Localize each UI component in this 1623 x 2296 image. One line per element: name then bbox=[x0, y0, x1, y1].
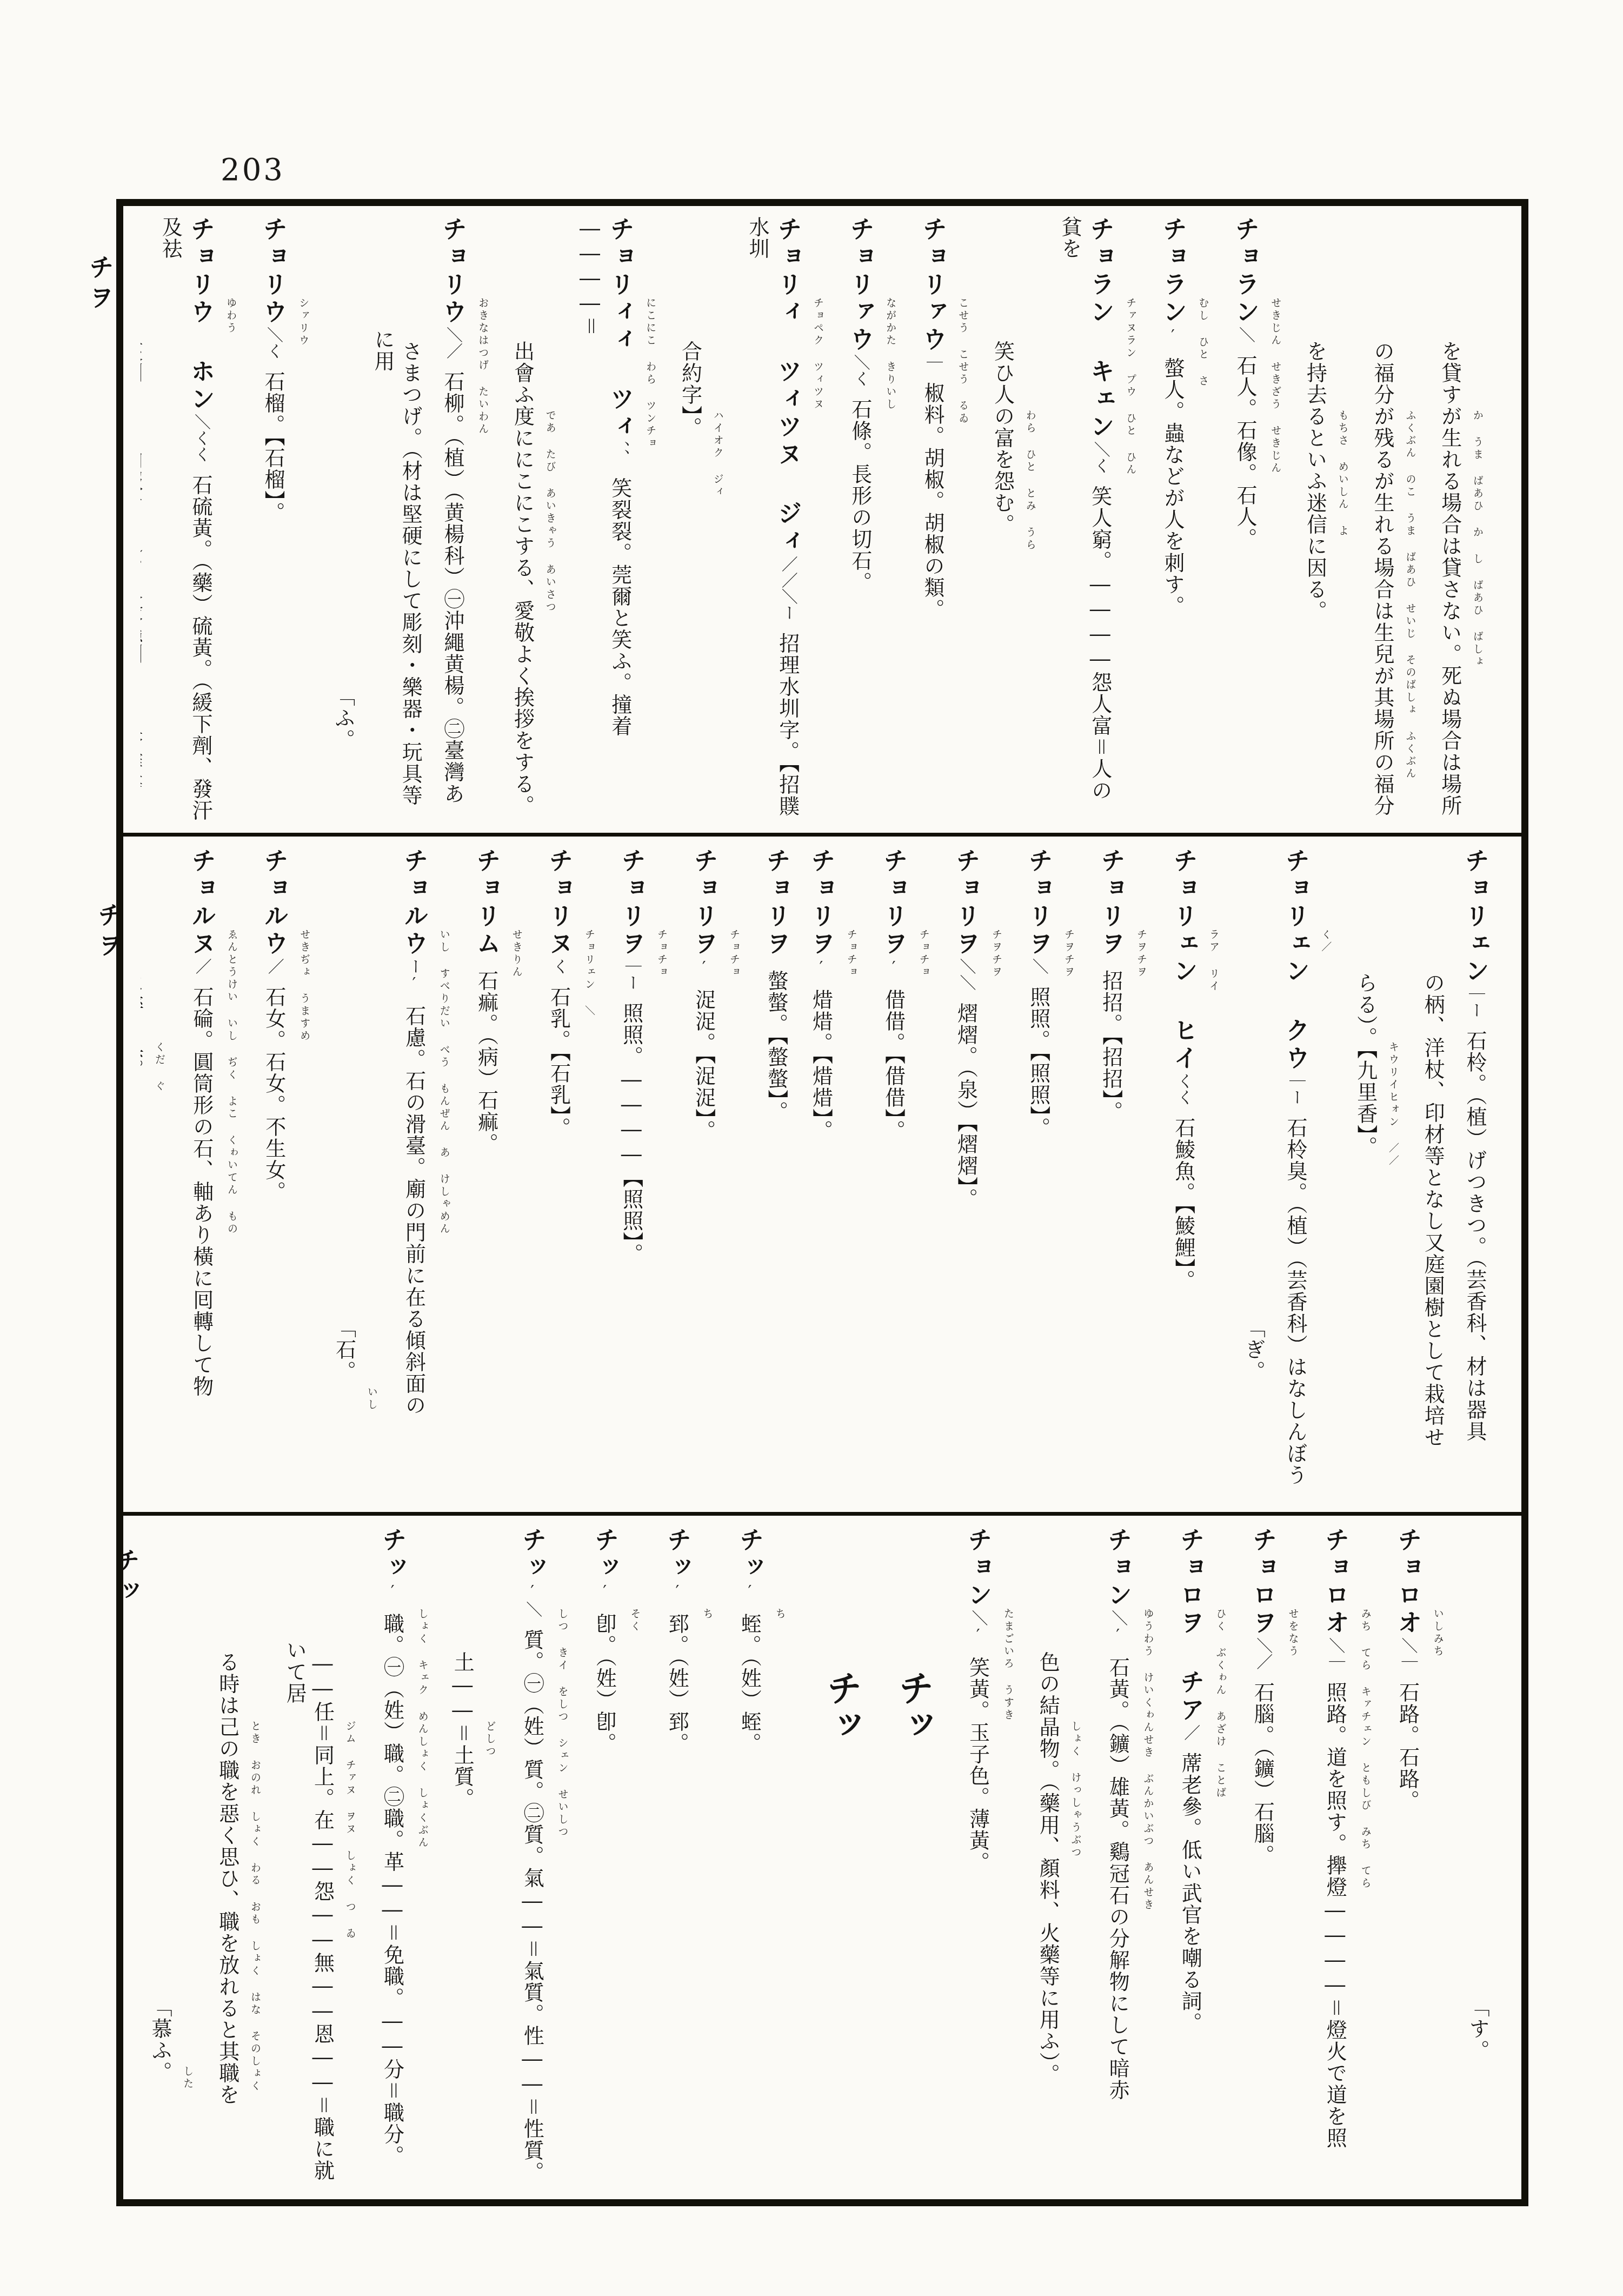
continuation-column: ふくぶん のこ うま ばあひ せいじ そのばしょ ふくぶんの福分が残るが生れる場… bbox=[1368, 216, 1424, 822]
definition-text: 職。㊀（姓）職。㊁職。革――＝免職。――分＝職分。 bbox=[381, 1601, 404, 2167]
furigana: であ たび あいきゃう あいさつ bbox=[544, 329, 556, 614]
definition-text: 石柃臭。（植）（芸香科）はなしんぼう bbox=[1283, 1105, 1307, 1486]
furigana: にこにこ わら ツンチョ bbox=[644, 216, 656, 450]
furigana: チァヌラン プウ ひと ひん bbox=[1125, 216, 1136, 476]
headword: チョリェン bbox=[1461, 848, 1489, 986]
furigana: しょく キェク めんしょく しょくぶん bbox=[417, 1527, 429, 1849]
furigana: せきじん せきざう せきじん bbox=[1269, 216, 1281, 475]
definition-text: 石柳。（植）（黄楊科）㊀沖繩黄楊。㊁臺灣あ bbox=[441, 359, 464, 805]
continuation-column: ハイオク ジィ合約字】。 bbox=[676, 216, 731, 822]
tone-marks: ＼′ bbox=[969, 1610, 988, 1645]
entry-column: せをなうチョロヲ＼／石腦。（鑛）石腦。 bbox=[1246, 1527, 1307, 2192]
entry-column: いしみちチョロオ＼｜石路。石路。 bbox=[1391, 1527, 1452, 2192]
definition-text: 石痲。（病）石痲。 bbox=[475, 958, 498, 1154]
entry-column: せきじん せきざう せきじんチョラン＼石人。石像。石人。 bbox=[1228, 216, 1289, 822]
tone-marks: くく bbox=[1174, 1073, 1193, 1105]
tone-marks: ー′ bbox=[405, 958, 424, 993]
headword: チョリヲ bbox=[880, 848, 908, 958]
definition-text: 「ふ。 bbox=[331, 674, 355, 751]
tone-marks: ′ bbox=[383, 1582, 402, 1601]
definition-text: 焟焟。【焟焟】。 bbox=[809, 977, 833, 1142]
headword: チョラン bbox=[1159, 216, 1187, 327]
tone-marks: ／ bbox=[192, 958, 211, 974]
tail-column: 「す。 bbox=[1464, 1527, 1491, 2192]
furigana: チョチョ bbox=[918, 848, 930, 979]
entry-column: チョリェン｜ー石柃。（植）げつきつ。（芸香科、材は器具 bbox=[1458, 848, 1491, 1497]
headword: チョリム bbox=[473, 848, 501, 958]
definition-text: らる）。【九里香】。 bbox=[1354, 960, 1378, 1158]
continuation-column: の柄、洋杖、印材等となし又庭園樹として栽培せ bbox=[1419, 848, 1446, 1497]
furigana: おきなはつげ たいわん bbox=[477, 216, 489, 436]
section-heading-text: チッ bbox=[821, 1658, 862, 1743]
definition-text: 照照。【照照】。 bbox=[1027, 974, 1050, 1139]
dictionary-page: { "page": { "number": "203" }, "margin_l… bbox=[0, 0, 1623, 2296]
tone-marks: く bbox=[550, 958, 569, 974]
definition-text: 「石。 bbox=[332, 1305, 356, 1382]
entry-column: シァリウチョリウ＼く石榴。【石榴】。 bbox=[256, 216, 317, 822]
headword: チョルウ bbox=[260, 848, 289, 958]
entry-column: ゆうわう けいくゎんせき ぶんかいぶつ あんせきチョン＼′石黃。（鑛）雄黃。鷄冠… bbox=[1101, 1527, 1161, 2192]
definition-text: 「す。 bbox=[1466, 1985, 1489, 2061]
definition-text: 照路。道を照す。攑燈――――＝燈火で道を照 bbox=[1323, 1670, 1347, 2149]
section-heading-text: チッ bbox=[893, 1658, 934, 1743]
definition-text: 石碖。圓筒形の石、軸あり橫に囘轉して物 bbox=[190, 974, 214, 1397]
headword: チョリェン ヒイ bbox=[1169, 848, 1198, 1073]
band-separator bbox=[123, 833, 1521, 837]
entry-column: チョチョチョリヲ′浞浞。【浞浞】。 bbox=[687, 848, 748, 1497]
furigana: シァリウ bbox=[297, 216, 309, 347]
furigana: しょく けっしゃうぶつ bbox=[1069, 1640, 1081, 1859]
continuation-column: とき おのれ しょく わる おも しょく はな そのしょくる時は己の職を惡く思ひ… bbox=[213, 1527, 269, 2192]
band-2: チョリェン｜ー石柃。（植）げつきつ。（芸香科、材は器具の柄、洋杖、印材等となし又… bbox=[141, 848, 1503, 1497]
tail-column: いし「石。 bbox=[330, 848, 385, 1497]
definition-text: 石榴。【石榴】。 bbox=[261, 359, 285, 523]
continuation-column: どしつ土――＝土質。 bbox=[448, 1527, 504, 2192]
tail-column: 「ぎ。 bbox=[1239, 848, 1267, 1497]
tone-marks: ＼＼ bbox=[957, 958, 976, 991]
tone-marks: ′ bbox=[884, 958, 903, 977]
continuation-column: しょく けっしゃうぶつ色の結晶物。（藥用、顏料、火藥等に用ふ）。 bbox=[1034, 1527, 1089, 2192]
definition-text: 石鯪魚。【鯪鯉】。 bbox=[1172, 1105, 1195, 1291]
headword: チョリウ bbox=[259, 216, 288, 327]
entry-column: こせう こせう るゐチョリァウ｜椒料。胡椒。胡椒の類。 bbox=[916, 216, 976, 822]
headword: チョリェン クウ bbox=[1281, 848, 1310, 1073]
section-heading: チッ bbox=[889, 1527, 937, 2192]
definition-text: 出會ふ度ににこにこする、愛敬よく挨拶をする。 bbox=[511, 329, 535, 817]
definition-text: 石腦。（鑛）石腦。 bbox=[1250, 1670, 1274, 1866]
definition-text: 熠熠。（泉）【熠熠】。 bbox=[954, 991, 978, 1210]
definition-text: さまつげ。（材は堅硬にして彫刻・樂器・玩具等に用 bbox=[371, 329, 422, 806]
furigana: せきりん bbox=[511, 848, 523, 979]
headword: チョロヲ チア bbox=[1176, 1527, 1205, 1724]
entry-column: チョチョチョリヲ′借借。【借借】。 bbox=[877, 848, 937, 1497]
furigana: くだ ぐ bbox=[154, 960, 165, 1093]
continuation-column: くだ ぐに碎く具。 bbox=[141, 848, 173, 1497]
definition-text: 借借。【借借】。 bbox=[882, 977, 906, 1142]
definition-text: 色の結晶物。（藥用、顏料、火藥等に用ふ）。 bbox=[1036, 1640, 1060, 2085]
definition-text: 螫螫。【螫螫】。 bbox=[764, 958, 788, 1123]
definition-text: ――任＝同上。在――怨――無――恩――＝職に就いて居 bbox=[283, 1640, 334, 2181]
definition-text: 石人。石像。石人。 bbox=[1233, 343, 1257, 549]
entry-column: チョチョチョリヲ′焟焟。【焟焟】。 bbox=[804, 848, 865, 1497]
entry-column: チヲチヲチョリヲ＼＼熠熠。（泉）【熠熠】。 bbox=[949, 848, 1010, 1497]
furigana: ゑんとうけい いし ぢく よこ くゎいてん もの bbox=[226, 848, 238, 1236]
band-separator bbox=[123, 1512, 1521, 1516]
furigana: せをなう bbox=[1287, 1527, 1299, 1658]
furigana: いし すべりだい べう もんぜん あ けしゃめん bbox=[438, 848, 450, 1236]
definition-text: 卽。（姓）卽。 bbox=[593, 1601, 616, 1754]
furigana: そく bbox=[629, 1527, 641, 1633]
headword: チッ bbox=[590, 1527, 619, 1582]
definition-text: 「ぎ。 bbox=[1241, 1305, 1265, 1382]
headword: チョリウ ホン bbox=[187, 216, 215, 414]
entry-column: チヲチヲチョリヲ招招。【招招】。 bbox=[1094, 848, 1155, 1497]
furigana: しつ きイ をしつ シェン せいしつ bbox=[557, 1527, 569, 1839]
furigana: どしつ bbox=[484, 1640, 496, 1758]
furigana: ふくぶん のこ うま ばあひ せいじ そのばしょ ふくぶん bbox=[1404, 329, 1416, 780]
entry-column: ちチッ′郅。（姓）郅。 bbox=[661, 1527, 721, 2192]
tone-marks: ＼く bbox=[851, 354, 870, 387]
furigana: ち bbox=[774, 1527, 786, 1621]
entry-column: チョペク ツィツヌチョリィ ツィツヌ ジィ／／＼ー招理水圳字。【招贌水圳 bbox=[743, 216, 832, 822]
headword: チョリヌ bbox=[545, 848, 574, 958]
tone-marks: ＼く bbox=[264, 327, 283, 359]
headword: チョリィィ ツィ bbox=[606, 216, 635, 441]
definition-text: 「慕ふ。 bbox=[148, 1985, 172, 2083]
definition-text: 石女。石女。不生女。 bbox=[262, 974, 286, 1203]
definition-text: 招招。【招招】。 bbox=[1099, 958, 1123, 1123]
headword: チョリヲ bbox=[617, 848, 646, 958]
continuation-column: さまつげ。（材は堅硬にして彫刻・樂器・玩具等に用 bbox=[369, 216, 424, 822]
headword: チョリァウ bbox=[846, 216, 875, 354]
tail-column: 「ふ。 bbox=[329, 216, 356, 822]
tone-marks: ／ bbox=[265, 958, 284, 974]
headword: チョラン bbox=[1231, 216, 1260, 327]
entry-column: みち てら キァチェン ともしび みち てらチョロオ＼｜照路。道を照す。攑燈――… bbox=[1319, 1527, 1379, 2192]
tone-marks: ＼／ bbox=[1253, 1637, 1272, 1670]
furigana: ち bbox=[702, 1527, 714, 1621]
headword: チッ bbox=[518, 1527, 547, 1582]
headword: チョリヲ bbox=[762, 848, 791, 958]
tone-marks: ′ bbox=[668, 1582, 687, 1601]
furigana: わら ひと とみ うら bbox=[1025, 329, 1036, 552]
continuation-column: か うま ばあひ か し ばあひ ばしょを貸すが生れる場合は貸さない。死ぬ場合は… bbox=[1435, 216, 1491, 822]
continuation-column: ジム チァヌ ヲヌ しょく つ ゐ――任＝同上。在――怨――無――恩――＝職に就… bbox=[281, 1527, 364, 2192]
tone-marks: ＼ bbox=[1236, 327, 1255, 343]
tone-marks: ／ bbox=[1181, 1724, 1200, 1741]
entry-column: ラア リイチョリェン ヒイくく石鯪魚。【鯪鯉】。 bbox=[1167, 848, 1227, 1497]
headword: チッ bbox=[735, 1527, 764, 1582]
furigana: むし ひと さ bbox=[1197, 216, 1209, 388]
furigana: ゆうわう けいくゎんせき ぶんかいぶつ あんせき bbox=[1142, 1527, 1154, 1912]
definition-text: 笑ひ人の富を怨む。 bbox=[990, 329, 1014, 535]
definition-text: る時は己の職を惡く思ひ、職を放れると其職を bbox=[216, 1640, 240, 2106]
tone-marks: ′ bbox=[595, 1582, 614, 1601]
definition-text: 石黃。（鑛）雄黃。鷄冠石の分解物にして暗赤 bbox=[1106, 1645, 1129, 2101]
page-number: 203 bbox=[221, 152, 285, 188]
furigana: いし bbox=[366, 1305, 378, 1411]
headword: チョロオ bbox=[1321, 1527, 1349, 1637]
tone-marks: ＼′ bbox=[1108, 1610, 1127, 1645]
furigana: キウリイヒォン ／／ bbox=[1387, 960, 1399, 1167]
furigana: チヲチヲ bbox=[990, 848, 1002, 979]
band-3: 「す。いしみちチョロオ＼｜石路。石路。みち てら キァチェン ともしび みち て… bbox=[141, 1527, 1503, 2192]
tone-marks: ＼く bbox=[1091, 441, 1110, 474]
tone-marks: ｜ー bbox=[1466, 986, 1485, 1018]
furigana: チョチョ bbox=[846, 848, 857, 979]
furigana: いしみち bbox=[1432, 1527, 1444, 1658]
furigana: チョリェン ＼ bbox=[583, 848, 595, 1018]
furigana: く／ bbox=[1320, 848, 1332, 954]
tone-marks: ＼｜ bbox=[1326, 1637, 1345, 1670]
tone-marks: ＼くく bbox=[191, 414, 210, 462]
tail-column: した「慕ふ。 bbox=[146, 1527, 202, 2192]
definition-text: 蓆老參。低い武官を嘲る詞。 bbox=[1178, 1741, 1202, 2034]
definition-text: 石柃。（植）げつきつ。（芸香科、材は器具 bbox=[1463, 1018, 1487, 1442]
entry-column: せきりんチョリム石痲。（病）石痲。 bbox=[470, 848, 530, 1497]
definition-text: に碎く具。 bbox=[141, 960, 144, 1080]
tone-marks: ′ bbox=[740, 1582, 759, 1601]
continuation-column: もちさ めいしん よを持去るといふ迷信に因る。 bbox=[1301, 216, 1356, 822]
headword: チョロヲ bbox=[1248, 1527, 1277, 1637]
entry-column: チァヌラン プウ ひと ひんチョラン キェン＼く笑人窮。――――怨人富＝人の貧を bbox=[1056, 216, 1144, 822]
definition-text: 蛭。（姓）蛭。 bbox=[737, 1601, 761, 1754]
continuation-column: 痰劑として內服せられ、又殺蟲劑として疥癬等に bbox=[141, 216, 144, 822]
furigana: チョチョ bbox=[728, 848, 740, 979]
definition-text: 石條。長形の切石。 bbox=[848, 387, 872, 593]
headword: チョリヲ bbox=[807, 848, 835, 958]
tone-marks: ′ bbox=[1163, 327, 1182, 346]
headword: チッ bbox=[378, 1527, 407, 1582]
tone-marks: ＼ bbox=[1029, 958, 1048, 974]
entry-column: チョリヲ螫螫。【螫螫】。 bbox=[760, 848, 793, 1497]
headword: チョン bbox=[964, 1527, 993, 1610]
definition-text: 郅。（姓）郅。 bbox=[665, 1601, 689, 1754]
entry-column: いし すべりだい べう もんぜん あ けしゃめんチョルウー′石慮。石の滑臺。廟の… bbox=[397, 848, 458, 1497]
headword: チョリヲ bbox=[690, 848, 719, 958]
furigana: たまごいろ うすき bbox=[1002, 1527, 1014, 1722]
definition-text: 痰劑として內服せられ、又殺蟲劑として疥癬等に bbox=[141, 329, 143, 817]
definition-text: 石慮。石の滑臺。廟の門前に在る傾斜面の bbox=[402, 993, 426, 1416]
furigana: もちさ めいしん よ bbox=[1337, 329, 1349, 537]
furigana: か うま ばあひ か し ばあひ ばしょ bbox=[1472, 329, 1484, 668]
continuation-column: であ たび あいきゃう あいさつ出會ふ度ににこにこする、愛敬よく挨拶をする。 bbox=[508, 216, 564, 822]
tone-marks: ｜ー bbox=[622, 958, 641, 991]
headword: チョルヌ bbox=[188, 848, 216, 958]
headword: チョリヲ bbox=[952, 848, 981, 958]
furigana: せきぢょ うますめ bbox=[298, 848, 310, 1043]
definition-text: 螫人。蟲などが人を刺す。 bbox=[1161, 346, 1185, 617]
definition-text: 照照。――――【照照】。 bbox=[620, 991, 643, 1265]
headword: チョン bbox=[1103, 1527, 1132, 1610]
furigana: チョペク ツィツヌ bbox=[812, 216, 824, 411]
entry-column: チョリェン ＼チョリヌく石乳。【石乳】。 bbox=[542, 848, 603, 1497]
furigana: チヲチヲ bbox=[1135, 848, 1147, 979]
entry-column: たまごいろ うすきチョン＼′笑黃。玉子色。薄黃。 bbox=[961, 1527, 1022, 2192]
headword: チョリヲ bbox=[1025, 848, 1053, 958]
entry-column: ちチッ′蛭。（姓）蛭。 bbox=[733, 1527, 794, 2192]
continuation-column: キウリイヒォン ／／らる）。【九里香】。 bbox=[1351, 848, 1407, 1497]
furigana: ラア リイ bbox=[1208, 848, 1220, 993]
headword: チョロオ bbox=[1393, 1527, 1422, 1637]
entry-column: おきなはつげ たいわんチョリウ＼／石柳。（植）（黄楊科）㊀沖繩黄楊。㊁臺灣あ bbox=[436, 216, 496, 822]
entry-column: そくチッ′卽。（姓）卽。 bbox=[588, 1527, 649, 2192]
furigana: ジム チァヌ ヲヌ しょく つ ゐ bbox=[344, 1640, 356, 1940]
furigana: した bbox=[182, 1985, 194, 2091]
tone-marks: ′ bbox=[695, 958, 714, 977]
tone-marks: 、、 bbox=[611, 441, 630, 466]
definition-text: 浞浞。【浞浞】。 bbox=[692, 977, 716, 1142]
headword: チョリヲ bbox=[1097, 848, 1126, 958]
tone-marks: ＼／ bbox=[443, 327, 462, 359]
headword: チョラン キェン bbox=[1086, 216, 1115, 441]
furigana: ゆわう bbox=[225, 216, 237, 335]
headword: チョルウ bbox=[400, 848, 429, 958]
furigana: みち てら キァチェン ともしび みち てら bbox=[1360, 1527, 1372, 1890]
furigana: チヲチヲ bbox=[1063, 848, 1075, 979]
definition-text: の柄、洋杖、印材等となし又庭園樹として栽培せ bbox=[1421, 960, 1445, 1448]
furigana: ひく ぶくゎん あざけ ことば bbox=[1215, 1527, 1227, 1800]
entry-column: せきぢょ うますめチョルウ／石女。石女。不生女。 bbox=[257, 848, 318, 1497]
tone-marks: ′＼ bbox=[523, 1582, 542, 1617]
tone-marks: ／／＼ー bbox=[779, 556, 797, 621]
definition-text: 土――＝土質。 bbox=[450, 1640, 474, 1809]
band-1: か うま ばあひ か し ばあひ ばしょを貸すが生れる場合は貸さない。死ぬ場合は… bbox=[141, 216, 1503, 822]
definition-text: を持去るといふ迷信に因る。 bbox=[1303, 329, 1327, 622]
definition-text: 笑黃。玉子色。薄黃。 bbox=[966, 1645, 990, 1873]
headword: チョリァウ bbox=[919, 216, 947, 354]
definition-text: を貸すが生れる場合は貸さない。死ぬ場合は場所 bbox=[1438, 329, 1462, 817]
entry-column: ゆわうチョリウ ホン＼くく石硫黃。（藥）硫黃。（緩下劑、發汗及祛 bbox=[156, 216, 244, 822]
continuation-column: わら ひと とみ うら笑ひ人の富を怨む。 bbox=[988, 216, 1044, 822]
furigana: チョチョ bbox=[656, 848, 668, 979]
tone-marks: ′ bbox=[811, 958, 830, 977]
section-heading: チッ bbox=[817, 1527, 866, 2192]
entry-column: しょく キェク めんしょく しょくぶんチッ′職。㊀（姓）職。㊁職。革――＝免職。… bbox=[376, 1527, 436, 2192]
tone-marks: ｜ー bbox=[1286, 1073, 1305, 1105]
furigana: ハイオク ジィ bbox=[712, 329, 724, 499]
definition-text: 合約字】。 bbox=[678, 329, 702, 439]
entry-column: ひく ぶくゎん あざけ ことばチョロヲ チア／蓆老參。低い武官を嘲る詞。 bbox=[1174, 1527, 1234, 2192]
furigana: こせう こせう るゐ bbox=[957, 216, 969, 425]
furigana: とき おのれ しょく わる おも しょく はな そのしょく bbox=[249, 1640, 261, 2093]
headword: チッ bbox=[663, 1527, 691, 1582]
entry-column: チヲチヲチョリヲ＼照照。【照照】。 bbox=[1022, 848, 1082, 1497]
headword: チョリウ bbox=[438, 216, 467, 327]
entry-column: く／チョリェン クウ｜ー石柃臭。（植）（芸香科）はなしんぼう bbox=[1279, 848, 1339, 1497]
entry-column: ゑんとうけい いし ぢく よこ くゎいてん ものチョルヌ／石碖。圓筒形の石、軸あ… bbox=[185, 848, 245, 1497]
tone-marks: ＼｜ bbox=[1398, 1637, 1417, 1670]
furigana: ながかた きりいし bbox=[884, 216, 896, 411]
thumb-label-cho-top: チヲ bbox=[82, 254, 118, 315]
entry-column: チョチョチョリヲ｜ー照照。――――【照照】。 bbox=[615, 848, 675, 1497]
entry-column: にこにこ わら ツンチョチョリィィ ツィ、、笑裂裂。莞爾と笑ふ。撞着――――＝ bbox=[576, 216, 664, 822]
entry-column: しつ きイ をしつ シェン せいしつチッ′＼質。㊀（姓）質。㊁質。氣――＝氣質。… bbox=[515, 1527, 576, 2192]
tone-marks: ｜ bbox=[923, 354, 942, 370]
headword: チョリィ ツィツヌ ジィ bbox=[774, 216, 802, 556]
definition-text: 椒料。胡椒。胡椒の類。 bbox=[921, 370, 944, 620]
definition-text: 石路。石路。 bbox=[1395, 1670, 1419, 1811]
entry-column: ながかた きりいしチョリァウ＼く石條。長形の切石。 bbox=[843, 216, 904, 822]
entry-column: むし ひと さチョラン′螫人。蟲などが人を刺す。 bbox=[1156, 216, 1216, 822]
definition-text: 質。㊀（姓）質。㊁質。氣――＝氣質。性――＝性質。 bbox=[520, 1617, 544, 2183]
definition-text: 石乳。【石乳】。 bbox=[547, 974, 571, 1139]
definition-text: の福分が残るが生れる場合は生兒が其場所の福分 bbox=[1371, 329, 1394, 817]
